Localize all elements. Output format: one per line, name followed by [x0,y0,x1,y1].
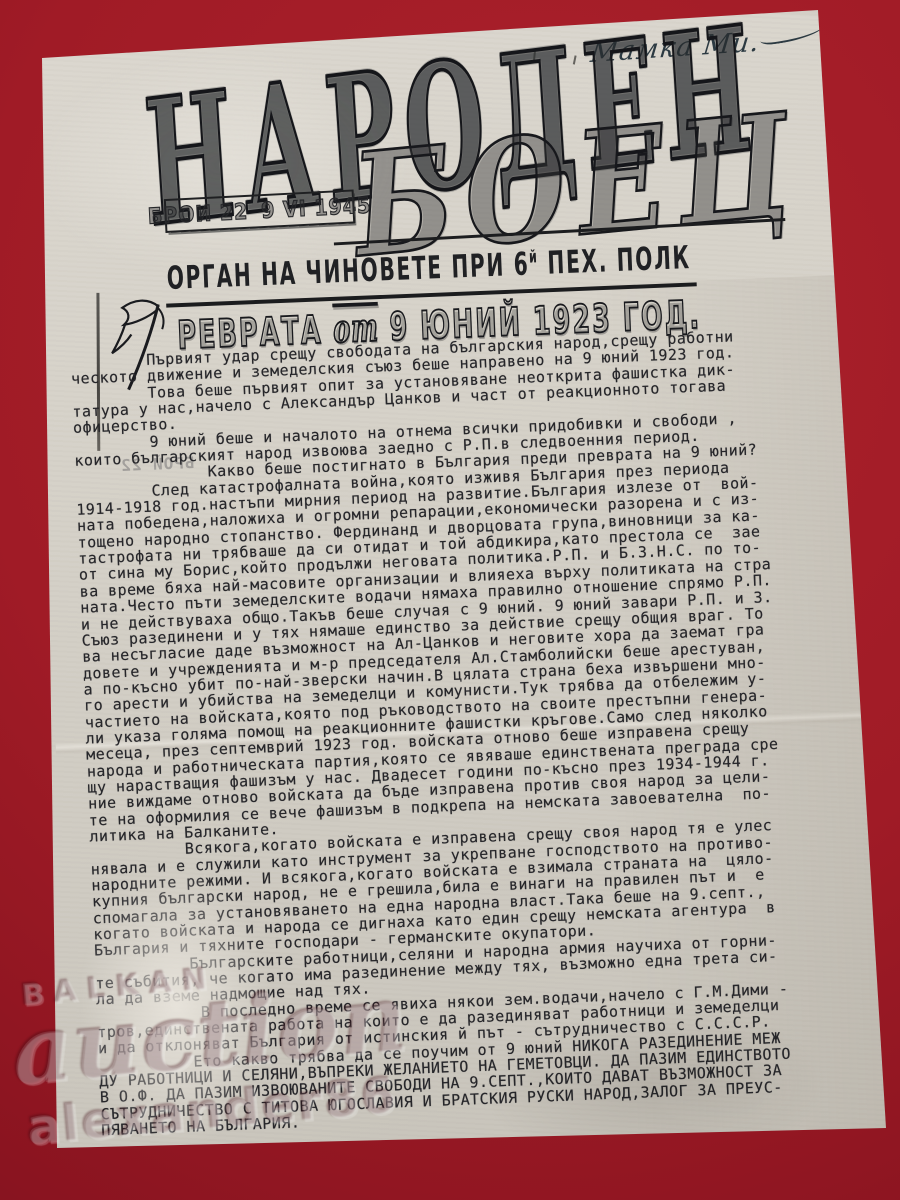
issue-number: БРОИ 22 [147,199,249,229]
body-text: Първият удар срещу свободата на българск… [70,323,900,1139]
photographed-document: { "photo": { "background_red": "#9e1b26"… [0,0,900,1200]
newspaper-page: Мамка Ми. НАРОДЕН БОЕЦ БРОИ 22 9 VI 1945… [0,0,900,1200]
subtitle-text-rest: ПЕХ. ПОЛК [538,239,691,282]
page-content: Мамка Ми. НАРОДЕН БОЕЦ БРОИ 22 9 VI 1945… [28,23,900,1161]
handwriting-flourish [760,23,825,47]
